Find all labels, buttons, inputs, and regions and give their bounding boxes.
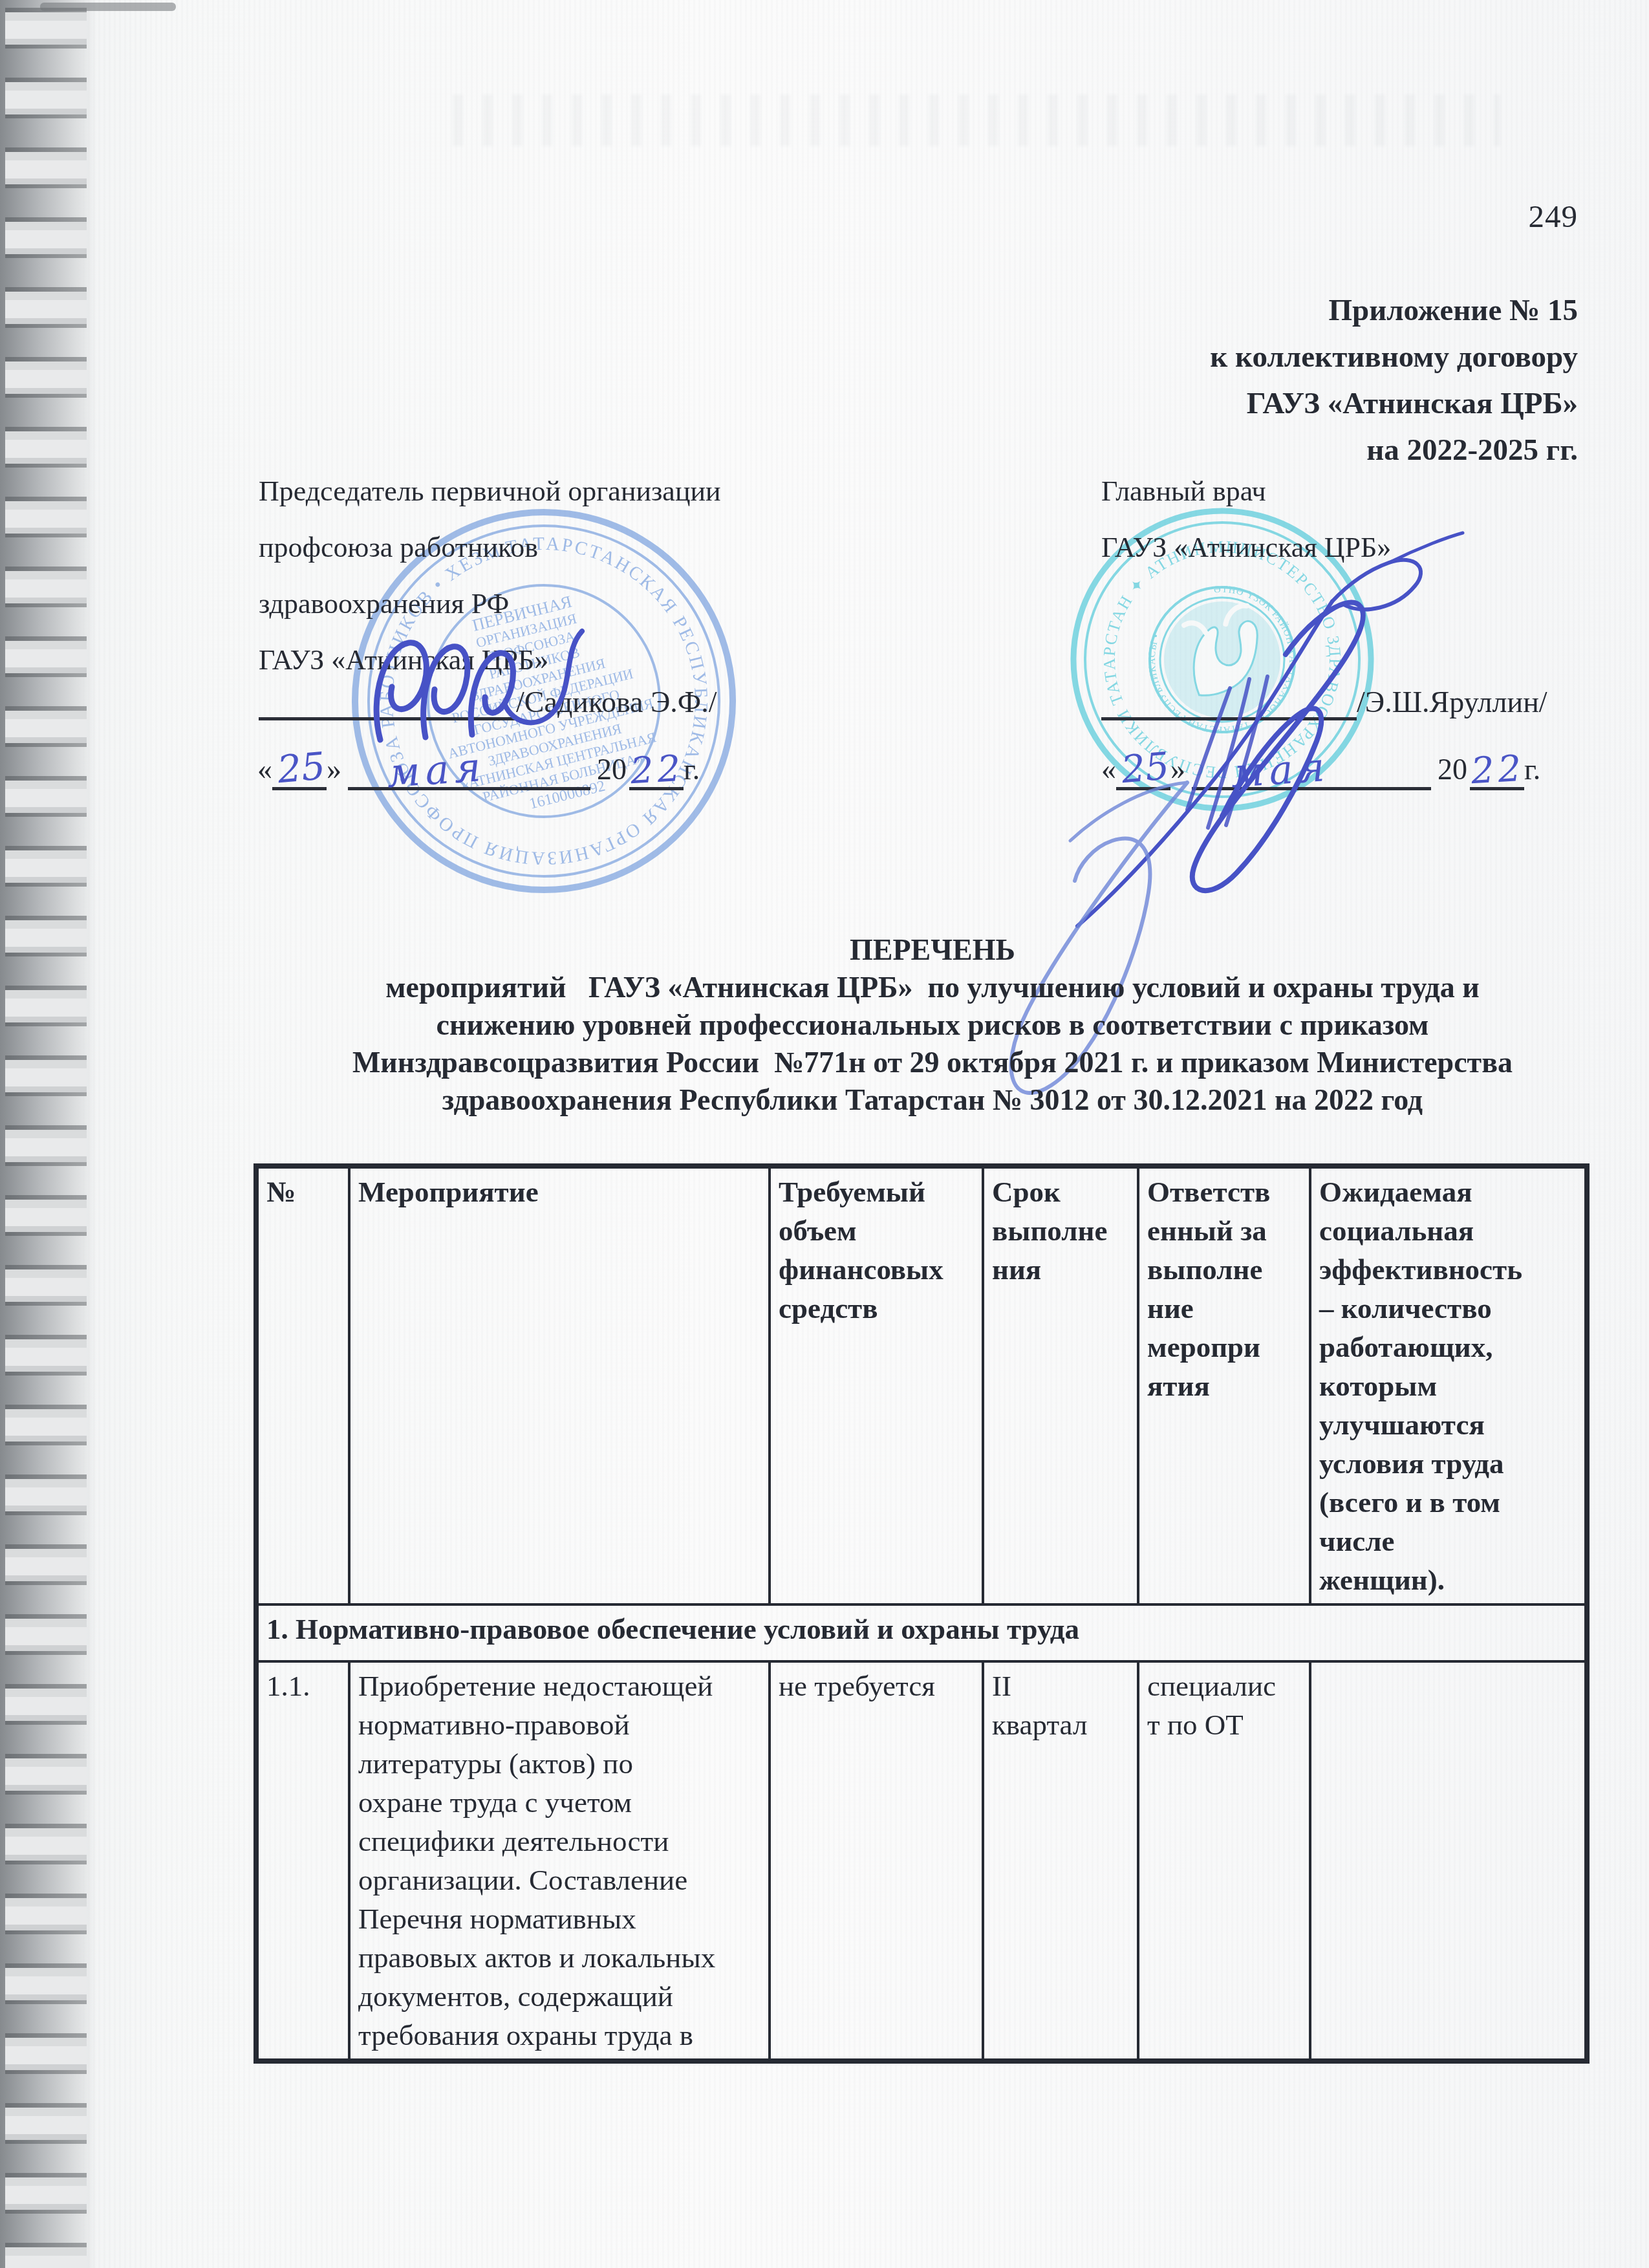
page-number: 249 xyxy=(1529,198,1579,235)
title-line1: ПЕРЕЧЕНЬ xyxy=(253,931,1611,969)
year-line: 22 xyxy=(629,746,684,790)
quote-open: « xyxy=(1101,752,1116,790)
scan-artifact xyxy=(40,3,176,11)
title-line4: Минздравсоцразвития России №771н от 29 о… xyxy=(253,1044,1611,1081)
date-row-left: «25»мая2022г. xyxy=(257,749,700,790)
comb-binding-teeth xyxy=(5,0,87,2268)
day-line: 25 xyxy=(1116,746,1170,790)
col-header-num: № xyxy=(256,1166,349,1604)
col-header-term: Срок выполне ния xyxy=(983,1166,1138,1604)
cell-num: 1.1. xyxy=(256,1661,349,2061)
table-header-row: № Мероприятие Требуемый объем финансовых… xyxy=(256,1166,1587,1604)
date-row-right: «25»мая2022г. xyxy=(1101,749,1540,790)
col-header-activity: Мероприятие xyxy=(349,1166,770,1604)
cell-effect xyxy=(1310,1661,1587,2061)
col-header-effect: Ожидаемая социальная эффективность – кол… xyxy=(1310,1166,1587,1604)
appendix-header: Приложение № 15 к коллективному договору… xyxy=(1210,287,1578,473)
year-prefix: 20 xyxy=(590,752,629,790)
signatory-right-name: /Э.Ш.Яруллин/ xyxy=(1357,685,1547,720)
cell-activity: Приобретение недостающей нормативно-прав… xyxy=(349,1661,770,2061)
signatory-right-title: Главный врач ГАУЗ «Атнинская ЦРБ» xyxy=(1101,463,1391,576)
cell-term: II квартал xyxy=(983,1661,1138,2061)
appendix-header-line3: ГАУЗ «Атнинская ЦРБ» xyxy=(1210,380,1578,427)
title-line5: здравоохранения Республики Татарстан № 3… xyxy=(253,1081,1611,1119)
quote-close: » xyxy=(327,752,341,790)
month-line: мая xyxy=(1192,746,1431,790)
month-line: мая xyxy=(348,746,590,790)
cell-budget: не требуется xyxy=(770,1661,983,2061)
title-line2: мероприятий ГАУЗ «Атнинская ЦРБ» по улуч… xyxy=(253,969,1611,1006)
col-header-budget: Требуемый объем финансовых средств xyxy=(770,1166,983,1604)
signature-row-right: /Э.Ш.Яруллин/ xyxy=(1101,673,1547,720)
handwritten-month: мая xyxy=(1229,743,1331,797)
section-row: 1. Нормативно-правовое обеспечение услов… xyxy=(256,1604,1587,1661)
col-header-responsible: Ответств енный за выполне ние меропри ят… xyxy=(1138,1166,1310,1604)
signature-line xyxy=(1101,676,1357,720)
table-row: 1.1. Приобретение недостающей нормативно… xyxy=(256,1661,1587,2061)
handwritten-year: 22 xyxy=(629,748,685,792)
measures-table: № Мероприятие Требуемый объем финансовых… xyxy=(253,1163,1590,2064)
document-title: ПЕРЕЧЕНЬ мероприятий ГАУЗ «Атнинская ЦРБ… xyxy=(253,931,1611,1119)
appendix-header-line2: к коллективному договору xyxy=(1210,334,1578,380)
scanned-document-page: 249 Приложение № 15 к коллективному дого… xyxy=(0,0,1649,2268)
quote-close: » xyxy=(1170,752,1185,790)
year-prefix: 20 xyxy=(1431,752,1470,790)
signatory-left-title: Председатель первичной организации профс… xyxy=(259,463,721,688)
year-line: 22 xyxy=(1470,746,1524,790)
scan-showthrough xyxy=(453,94,1500,146)
cell-responsible: специалис т по ОТ xyxy=(1138,1661,1310,2061)
year-suffix: г. xyxy=(1524,752,1540,790)
handwritten-year: 22 xyxy=(1470,748,1526,792)
section-title: 1. Нормативно-правовое обеспечение услов… xyxy=(256,1604,1587,1661)
handwritten-month: мая xyxy=(385,743,488,797)
signatory-left-name: /Садикова Э.Ф./ xyxy=(516,685,717,720)
title-line3: снижению уровней профессиональных рисков… xyxy=(253,1006,1611,1044)
appendix-header-line1: Приложение № 15 xyxy=(1210,287,1578,334)
handwritten-day: 25 xyxy=(1119,744,1170,792)
signature-line xyxy=(259,676,516,720)
comb-binding xyxy=(0,0,97,2268)
day-line: 25 xyxy=(272,746,327,790)
handwritten-day: 25 xyxy=(275,744,327,792)
signature-row-left: /Садикова Э.Ф./ xyxy=(259,673,717,720)
year-suffix: г. xyxy=(684,752,700,790)
quote-open: « xyxy=(257,752,272,790)
